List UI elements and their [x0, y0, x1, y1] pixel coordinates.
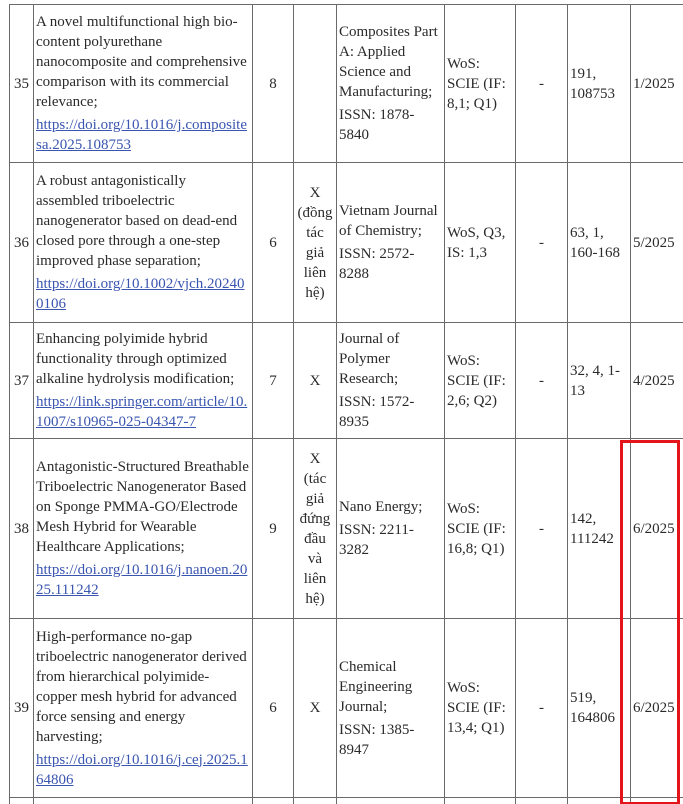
- paper-title-cell: A novel multifunctional high bio-content…: [34, 5, 253, 163]
- table-row: 37 Enhancing polyimide hybrid functional…: [10, 323, 683, 439]
- publication-date: 1/2025: [631, 5, 683, 163]
- corresponding-note: (đồng tác giả liên hệ): [296, 203, 334, 303]
- corresponding-mark: X: [310, 373, 321, 389]
- publication-date: 6/2025: [631, 439, 683, 619]
- corresponding-mark: X: [310, 700, 321, 716]
- journal-issn: ISSN: 2211-3282: [339, 520, 442, 560]
- row-number: 39: [10, 619, 34, 798]
- publication-date: 4/2025: [631, 323, 683, 439]
- paper-title: High-performance no-gap triboelectric na…: [36, 629, 247, 745]
- index-info: WoS: SCIE (IF: 16,8; Q1): [445, 439, 516, 619]
- paper-title-cell: High-performance no-gap triboelectric na…: [34, 619, 253, 798]
- volume-pages: 191, 108753: [568, 5, 631, 163]
- journal-issn: ISSN: 2572-8288: [339, 244, 442, 284]
- journal-issn: ISSN: 1385-8947: [339, 720, 442, 760]
- empty-field: -: [516, 5, 568, 163]
- table-row: 35 A novel multifunctional high bio-cont…: [10, 5, 683, 163]
- doi-link[interactable]: https://doi.org/10.1016/j.cej.2025.16480…: [36, 750, 250, 790]
- empty-field: -: [516, 619, 568, 798]
- volume-pages: 32, 4, 1-13: [568, 323, 631, 439]
- corresponding-mark: X: [310, 185, 321, 201]
- journal-issn: ISSN: 1572-8935: [339, 392, 442, 432]
- volume-pages: 63, 1, 160-168: [568, 163, 631, 323]
- table-row: 36 A robust antagonistically assembled t…: [10, 163, 683, 323]
- table-row: 39 High-performance no-gap triboelectric…: [10, 619, 683, 798]
- paper-title-cell: Enhancing polyimide hybrid functionality…: [34, 323, 253, 439]
- index-info: WoS: SCIE (IF: 2,6; Q2): [445, 323, 516, 439]
- publication-date: 6/2025: [631, 619, 683, 798]
- journal-cell: Nano Energy; ISSN: 2211-3282: [337, 439, 445, 619]
- table-row: 38 Antagonistic-Structured Breathable Tr…: [10, 439, 683, 619]
- corresponding-mark: X: [310, 451, 321, 467]
- journal-issn: ISSN: 1878-5840: [339, 105, 442, 145]
- author-count: 6: [253, 163, 294, 323]
- empty-field: -: [516, 323, 568, 439]
- author-count: 7: [253, 323, 294, 439]
- paper-title-cell: Antagonistic-Structured Breathable Tribo…: [34, 439, 253, 619]
- paper-title: A robust antagonistically assembled trib…: [36, 173, 237, 269]
- journal-cell: Composites Part A: Applied Science and M…: [337, 5, 445, 163]
- journal-cell: Journal of Polymer Research; ISSN: 1572-…: [337, 323, 445, 439]
- corresponding-note: (tác giả đứng đầu và liên hệ): [296, 469, 334, 609]
- index-info: WoS: SCIE (IF: 8,1; Q1): [445, 5, 516, 163]
- journal-cell: Vietnam Journal of Chemistry; ISSN: 2572…: [337, 163, 445, 323]
- corresponding-author-cell: X (tác giả đứng đầu và liên hệ): [294, 439, 337, 619]
- doi-link[interactable]: https://link.springer.com/article/10.100…: [36, 392, 250, 432]
- row-number: 38: [10, 439, 34, 619]
- publications-table: 35 A novel multifunctional high bio-cont…: [9, 4, 683, 804]
- index-info: WoS, Q3, IS: 1,3: [445, 163, 516, 323]
- journal-cell: Chemical Engineering Journal; ISSN: 1385…: [337, 619, 445, 798]
- journal-name: Composites Part A: Applied Science and M…: [339, 24, 438, 100]
- corresponding-author-cell: X (đồng tác giả liên hệ): [294, 163, 337, 323]
- paper-title-cell: A robust antagonistically assembled trib…: [34, 163, 253, 323]
- index-info: WoS: SCIE (IF: 13,4; Q1): [445, 619, 516, 798]
- empty-field: -: [516, 439, 568, 619]
- row-number: 35: [10, 5, 34, 163]
- doi-link[interactable]: https://doi.org/10.1016/j.compositesa.20…: [36, 115, 250, 155]
- table-row-next: [10, 798, 683, 804]
- publication-date: 5/2025: [631, 163, 683, 323]
- doi-link[interactable]: https://doi.org/10.1002/vjch.202400106: [36, 274, 250, 314]
- doi-link[interactable]: https://doi.org/10.1016/j.nanoen.2025.11…: [36, 560, 250, 600]
- author-count: 9: [253, 439, 294, 619]
- paper-title: Antagonistic-Structured Breathable Tribo…: [36, 459, 249, 555]
- author-count: 6: [253, 619, 294, 798]
- paper-title: Enhancing polyimide hybrid functionality…: [36, 331, 234, 387]
- volume-pages: 519, 164806: [568, 619, 631, 798]
- paper-title: A novel multifunctional high bio-content…: [36, 14, 247, 110]
- row-number: 37: [10, 323, 34, 439]
- journal-name: Journal of Polymer Research;: [339, 331, 399, 387]
- author-count: 8: [253, 5, 294, 163]
- journal-name: Nano Energy;: [339, 499, 422, 515]
- row-number: 36: [10, 163, 34, 323]
- corresponding-author-cell: X: [294, 323, 337, 439]
- corresponding-author-cell: [294, 5, 337, 163]
- corresponding-author-cell: X: [294, 619, 337, 798]
- volume-pages: 142, 111242: [568, 439, 631, 619]
- journal-name: Chemical Engineering Journal;: [339, 659, 412, 715]
- journal-name: Vietnam Journal of Chemistry;: [339, 203, 438, 239]
- empty-field: -: [516, 163, 568, 323]
